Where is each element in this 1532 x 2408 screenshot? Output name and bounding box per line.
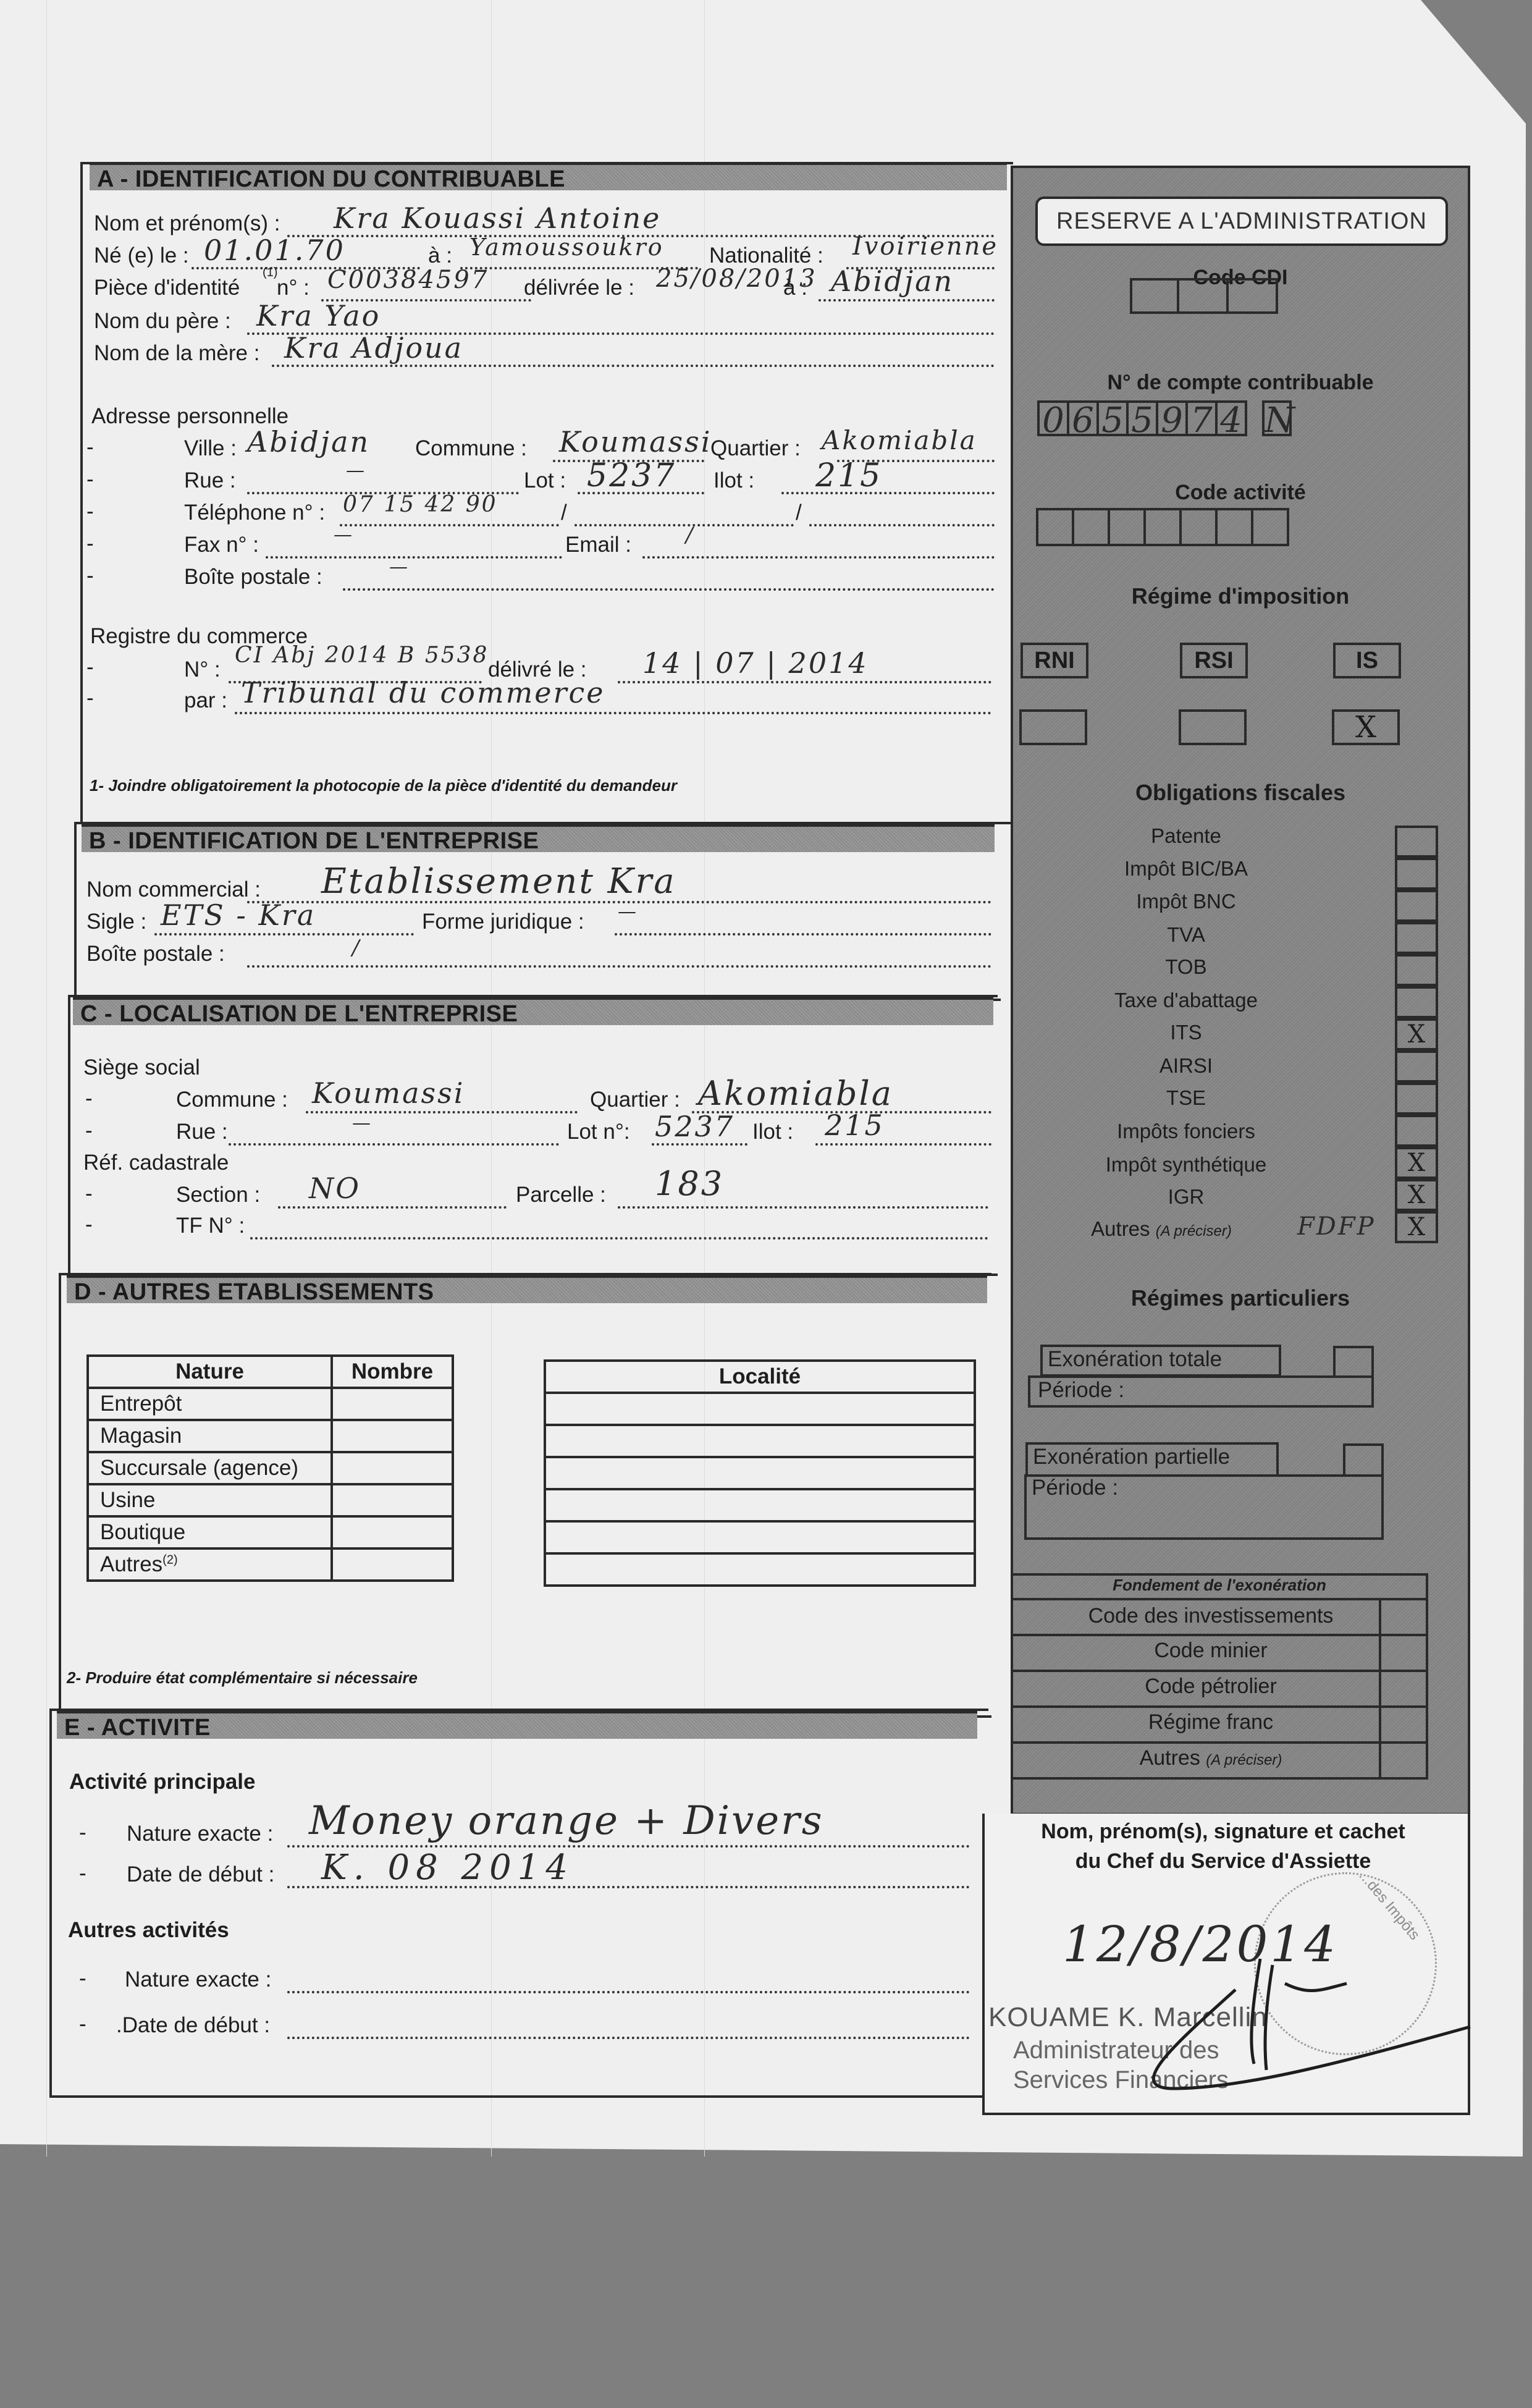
parcelle-dotline bbox=[618, 1204, 988, 1209]
code-activite-cell[interactable] bbox=[1251, 508, 1289, 546]
bullet: - bbox=[85, 1181, 93, 1206]
lot-field[interactable]: 5237 bbox=[587, 457, 676, 494]
nature-exacte-label: Nature exacte : bbox=[127, 1820, 273, 1848]
siege-title: Siège social bbox=[83, 1054, 200, 1081]
bp-entreprise-field[interactable]: / bbox=[352, 936, 361, 960]
mere-label: Nom de la mère : bbox=[94, 340, 259, 367]
date-debut-field[interactable]: K. 08 2014 bbox=[321, 1848, 574, 1888]
code-activite-cell[interactable] bbox=[1179, 508, 1218, 546]
commune-label: Commune : bbox=[415, 435, 527, 462]
obligation-checkbox[interactable] bbox=[1395, 826, 1438, 858]
fondement-autres: Autres (A préciser) bbox=[1013, 1746, 1408, 1770]
obligation-bic: Impôt BIC/BA bbox=[1025, 857, 1347, 881]
rc-par-label: par : bbox=[184, 687, 227, 714]
table-row: Autres(2) bbox=[88, 1548, 453, 1581]
section-e-header: E - ACTIVITE bbox=[57, 1710, 977, 1739]
rc-delivre-field[interactable]: 14 | 07 | 2014 bbox=[642, 646, 869, 680]
obligation-checkbox[interactable] bbox=[1395, 1050, 1438, 1083]
delivree-label: délivrée le : bbox=[524, 274, 634, 302]
localite-header: Localité bbox=[545, 1361, 975, 1393]
nature-cell: Usine bbox=[88, 1484, 332, 1516]
obligation-autres: Autres (A préciser) bbox=[1025, 1217, 1297, 1241]
autres-nature-label: Nature exacte : bbox=[125, 1966, 271, 1993]
exo-partielle-checkbox[interactable] bbox=[1343, 1443, 1384, 1477]
regimes-particuliers-label: Régimes particuliers bbox=[1011, 1285, 1470, 1311]
compte-cell[interactable]: 0 bbox=[1037, 400, 1069, 436]
obligation-tva: TVA bbox=[1025, 923, 1347, 947]
delivree-lieu-label: à : bbox=[783, 274, 807, 302]
exo-totale-checkbox[interactable] bbox=[1333, 1346, 1374, 1378]
nombre-cell[interactable] bbox=[332, 1420, 453, 1452]
obligation-checkbox[interactable] bbox=[1395, 954, 1438, 986]
tel-label: Téléphone n° : bbox=[184, 499, 325, 526]
lot-label: Lot : bbox=[524, 467, 566, 494]
obligations-label: Obligations fiscales bbox=[1011, 780, 1470, 806]
table-row bbox=[545, 1393, 975, 1425]
exo-totale-periode: Période : bbox=[1038, 1378, 1124, 1403]
exo-partielle-periode: Période : bbox=[1032, 1476, 1118, 1500]
admin-title: RESERVE A L'ADMINISTRATION bbox=[1035, 196, 1448, 246]
fax-dotline bbox=[266, 554, 562, 559]
fondement-autres-label: Autres bbox=[1140, 1746, 1200, 1770]
autres-date-dotline[interactable] bbox=[287, 2034, 970, 2039]
pere-field[interactable]: Kra Yao bbox=[256, 299, 381, 332]
fondement-autres-note: (A préciser) bbox=[1206, 1752, 1282, 1768]
tel-dotline-1 bbox=[340, 522, 559, 526]
table-row: Usine bbox=[88, 1484, 453, 1516]
section-label: Section : bbox=[176, 1181, 260, 1209]
nationalite-field[interactable]: Ivoirienne bbox=[852, 232, 998, 261]
parcelle-label: Parcelle : bbox=[516, 1181, 606, 1209]
footnote-2: 2- Produire état complémentaire si néces… bbox=[67, 1668, 418, 1688]
forme-field[interactable]: — bbox=[618, 901, 638, 923]
nombre-cell[interactable] bbox=[332, 1516, 453, 1548]
quartier-field[interactable]: Akomiabla bbox=[822, 425, 977, 455]
tel-separator: / bbox=[796, 499, 802, 526]
nombre-cell[interactable] bbox=[332, 1484, 453, 1516]
tel-dotline-3[interactable] bbox=[809, 522, 995, 526]
obligation-fonciers: Impôts fonciers bbox=[1025, 1120, 1347, 1143]
obligation-tse: TSE bbox=[1025, 1086, 1347, 1110]
obligation-patente: Patente bbox=[1025, 824, 1347, 848]
autres-date-label: .Date de début : bbox=[116, 2012, 270, 2039]
ville-label: Ville : bbox=[184, 435, 237, 462]
footnote-1: 1- Joindre obligatoirement la photocopie… bbox=[90, 776, 677, 795]
bp-entreprise-dotline bbox=[247, 963, 991, 968]
table-row bbox=[545, 1553, 975, 1586]
delivree-lieu-field[interactable]: Abidjan bbox=[831, 264, 954, 298]
code-activite-cell[interactable] bbox=[1215, 508, 1253, 546]
obligation-checkbox[interactable] bbox=[1395, 1083, 1438, 1115]
piece-label: Pièce d'identité bbox=[94, 274, 240, 302]
nature-cell: Magasin bbox=[88, 1420, 332, 1452]
ilot-label: Ilot : bbox=[713, 467, 754, 494]
compte-cell[interactable]: 9 bbox=[1156, 400, 1188, 436]
c-lot-field[interactable]: 5237 bbox=[655, 1110, 734, 1143]
bullet: - bbox=[85, 1118, 93, 1143]
forme-label: Forme juridique : bbox=[422, 908, 584, 936]
bullet: - bbox=[86, 467, 94, 492]
fondement-petrolier: Code pétrolier bbox=[1013, 1675, 1408, 1699]
obligation-checkbox[interactable] bbox=[1395, 922, 1438, 954]
c-rue-dotline bbox=[229, 1141, 559, 1146]
rc-par-dotline bbox=[235, 709, 991, 714]
autres-footnote-ref: (2) bbox=[162, 1553, 177, 1566]
section-a-header: A - IDENTIFICATION DU CONTRIBUABLE bbox=[90, 162, 1007, 190]
bullet: - bbox=[85, 1086, 93, 1111]
piece-footnote-ref: (1) bbox=[263, 266, 277, 280]
obligation-tob: TOB bbox=[1025, 955, 1347, 979]
parcelle-field[interactable]: 183 bbox=[655, 1164, 724, 1203]
nombre-cell[interactable] bbox=[332, 1388, 453, 1420]
obligation-autres-handwritten[interactable]: FDFP bbox=[1297, 1212, 1376, 1241]
table-row bbox=[545, 1425, 975, 1457]
localite-cell[interactable] bbox=[545, 1425, 975, 1457]
code-activite-cell[interactable] bbox=[1143, 508, 1182, 546]
tel-field[interactable]: 07 15 42 90 bbox=[343, 492, 498, 517]
bullet: - bbox=[86, 435, 94, 460]
divider bbox=[1011, 1705, 1428, 1708]
tel-separator: / bbox=[561, 499, 567, 526]
bullet: - bbox=[86, 531, 94, 556]
code-activite-boxes bbox=[1038, 508, 1289, 546]
piece-no-field[interactable]: C00384597 bbox=[327, 266, 489, 294]
rc-no-field[interactable]: CI Abj 2014 B 5538 bbox=[235, 643, 489, 668]
autres-activites-title: Autres activités bbox=[68, 1917, 229, 1944]
autres-nature-dotline[interactable] bbox=[287, 1988, 970, 1993]
regime-label: Régime d'imposition bbox=[1011, 583, 1470, 609]
rue-field[interactable]: — bbox=[346, 460, 366, 481]
fondement-minier: Code minier bbox=[1013, 1639, 1408, 1663]
c-lot-label: Lot n°: bbox=[567, 1118, 630, 1146]
table-row: Succursale (agence) bbox=[88, 1452, 453, 1484]
date-debut-label: Date de début : bbox=[127, 1861, 274, 1888]
rue-label: Rue : bbox=[184, 467, 236, 494]
sigle-field[interactable]: ETS - Kra bbox=[161, 898, 316, 932]
nature-autres: Autres bbox=[100, 1552, 162, 1576]
compte-label: N° de compte contribuable bbox=[1011, 371, 1470, 395]
nature-cell: Boutique bbox=[88, 1516, 332, 1548]
fax-label: Fax n° : bbox=[184, 531, 259, 559]
bp-dotline bbox=[343, 586, 995, 591]
obligation-checkbox[interactable]: X bbox=[1395, 1147, 1438, 1179]
forme-dotline bbox=[615, 931, 991, 936]
etablissements-table: Nature Nombre Entrepôt Magasin Succursal… bbox=[86, 1354, 454, 1582]
code-activite-cell[interactable] bbox=[1072, 508, 1110, 546]
section-field[interactable]: NO bbox=[309, 1172, 361, 1205]
email-field[interactable]: / bbox=[686, 523, 694, 547]
compte-cell[interactable]: 5 bbox=[1096, 400, 1129, 436]
email-dotline bbox=[642, 554, 995, 559]
fax-field[interactable]: — bbox=[334, 524, 354, 546]
compte-key-cell[interactable]: N bbox=[1262, 400, 1292, 436]
c-commune-label: Commune : bbox=[176, 1086, 288, 1113]
ne-label: Né (e) le : bbox=[94, 242, 189, 269]
obligation-its: ITS bbox=[1025, 1021, 1347, 1044]
obligation-igr: IGR bbox=[1025, 1185, 1347, 1209]
obligation-checkbox[interactable]: X bbox=[1395, 1211, 1438, 1243]
table-row: Entrepôt bbox=[88, 1388, 453, 1420]
exo-totale-label: Exonération totale bbox=[1048, 1347, 1222, 1372]
nature-cell: Entrepôt bbox=[88, 1388, 332, 1420]
bullet: - bbox=[86, 499, 94, 524]
obligation-autres-note: (A préciser) bbox=[1156, 1223, 1232, 1240]
code-activite-cell[interactable] bbox=[1108, 508, 1146, 546]
regime-rni-checkbox[interactable] bbox=[1019, 709, 1087, 745]
code-cdi-cell[interactable] bbox=[1226, 278, 1278, 314]
bp-label: Boîte postale : bbox=[184, 564, 322, 591]
c-commune-field[interactable]: Koumassi bbox=[312, 1076, 465, 1110]
code-cdi-boxes bbox=[1132, 278, 1278, 314]
bullet: - bbox=[79, 2012, 86, 2037]
bp-field[interactable]: — bbox=[389, 556, 410, 578]
nature-cell: Succursale (agence) bbox=[88, 1452, 332, 1484]
c-rue-field[interactable]: — bbox=[352, 1112, 372, 1134]
tf-label: TF N° : bbox=[176, 1212, 245, 1240]
pere-label: Nom du père : bbox=[94, 308, 231, 335]
c-ilot-field[interactable]: 215 bbox=[825, 1109, 885, 1142]
regime-rsi-checkbox[interactable] bbox=[1179, 709, 1247, 745]
bullet: - bbox=[79, 1861, 86, 1886]
table-row: Magasin bbox=[88, 1420, 453, 1452]
obligation-checkbox[interactable] bbox=[1395, 986, 1438, 1018]
piece-no-label: n° : bbox=[277, 274, 309, 302]
fondement-investissements: Code des investissements bbox=[1013, 1604, 1408, 1628]
rc-no-label: N° : bbox=[184, 656, 221, 683]
localite-cell[interactable] bbox=[545, 1393, 975, 1425]
ilot-dotline bbox=[781, 489, 995, 494]
regime-is-label: IS bbox=[1333, 643, 1401, 678]
c-ilot-label: Ilot : bbox=[752, 1118, 793, 1146]
divider bbox=[1011, 1741, 1428, 1744]
sigle-label: Sigle : bbox=[86, 908, 146, 936]
divider bbox=[1011, 1598, 1428, 1600]
table-row bbox=[545, 1521, 975, 1553]
tel-dotline-2[interactable] bbox=[574, 522, 794, 526]
compte-cell[interactable]: 5 bbox=[1126, 400, 1158, 436]
bullet: - bbox=[86, 564, 94, 588]
localite-cell[interactable] bbox=[545, 1489, 975, 1521]
code-activite-cell[interactable] bbox=[1036, 508, 1074, 546]
nature-header: Nature bbox=[88, 1356, 332, 1388]
exo-partielle-label: Exonération partielle bbox=[1033, 1445, 1230, 1469]
ne-field[interactable]: 01.01.70 bbox=[204, 234, 345, 267]
commune-field[interactable]: Koumassi bbox=[559, 425, 712, 458]
ville-field[interactable]: Abidjan bbox=[247, 425, 370, 458]
bullet: - bbox=[86, 655, 94, 680]
bullet: - bbox=[85, 1212, 93, 1237]
compte-cell[interactable]: 6 bbox=[1067, 400, 1099, 436]
section-d-header: D - AUTRES ETABLISSEMENTS bbox=[67, 1275, 987, 1303]
nombre-cell[interactable] bbox=[332, 1452, 453, 1484]
signature-title-line2: du Chef du Service d'Assiette bbox=[988, 1846, 1458, 1876]
compte-cell[interactable]: 4 bbox=[1215, 400, 1247, 436]
localite-cell[interactable] bbox=[545, 1553, 975, 1586]
nature-exacte-field[interactable]: Money orange + Divers bbox=[309, 1798, 824, 1844]
signature-scribble-icon bbox=[1050, 1946, 1483, 2119]
code-cdi-cell[interactable] bbox=[1130, 278, 1179, 314]
localite-cell[interactable] bbox=[545, 1457, 975, 1489]
section-c-header: C - LOCALISATION DE L'ENTREPRISE bbox=[73, 997, 993, 1025]
tf-dotline bbox=[250, 1235, 988, 1240]
obligation-checkbox[interactable] bbox=[1395, 858, 1438, 890]
obligation-checkbox[interactable] bbox=[1395, 890, 1438, 922]
table-row bbox=[545, 1457, 975, 1489]
activite-principale-title: Activité principale bbox=[69, 1768, 255, 1796]
regime-is-checkbox[interactable]: X bbox=[1332, 709, 1400, 745]
quartier-label: Quartier : bbox=[710, 435, 801, 462]
bullet: - bbox=[86, 686, 94, 711]
nombre-header: Nombre bbox=[332, 1356, 453, 1388]
signature-title-line1: Nom, prénom(s), signature et cachet bbox=[988, 1817, 1458, 1846]
table-row: Boutique bbox=[88, 1516, 453, 1548]
obligation-airsi: AIRSI bbox=[1025, 1054, 1347, 1078]
lieu-field[interactable]: Yamoussoukro bbox=[469, 234, 664, 261]
obligation-autres-label: Autres bbox=[1091, 1217, 1150, 1240]
fondement-regime-franc: Régime franc bbox=[1013, 1710, 1408, 1734]
code-activite-label: Code activité bbox=[1011, 481, 1470, 505]
localite-cell[interactable] bbox=[545, 1521, 975, 1553]
obligation-checkbox[interactable]: X bbox=[1395, 1179, 1438, 1211]
nombre-cell[interactable] bbox=[332, 1548, 453, 1581]
divider bbox=[1011, 1670, 1428, 1672]
scan-artifact bbox=[46, 0, 47, 2157]
table-row bbox=[545, 1489, 975, 1521]
divider bbox=[1011, 1634, 1428, 1636]
obligation-checkbox[interactable] bbox=[1395, 1115, 1438, 1147]
section-b-header: B - IDENTIFICATION DE L'ENTREPRISE bbox=[82, 824, 995, 852]
nom-field[interactable]: Kra Kouassi Antoine bbox=[334, 201, 661, 235]
compte-key-box: N bbox=[1265, 400, 1292, 436]
ilot-field[interactable]: 215 bbox=[815, 457, 882, 494]
fondement-label: Fondement de l'exonération bbox=[1011, 1576, 1428, 1595]
obligation-checkbox[interactable]: X bbox=[1395, 1018, 1438, 1050]
code-cdi-cell[interactable] bbox=[1177, 278, 1229, 314]
cadastre-title: Réf. cadastrale bbox=[83, 1149, 229, 1177]
compte-boxes: 0 6 5 5 9 7 4 bbox=[1040, 400, 1247, 436]
compte-cell[interactable]: 7 bbox=[1185, 400, 1218, 436]
localite-table: Localité bbox=[544, 1359, 976, 1587]
obligation-abattage: Taxe d'abattage bbox=[1025, 989, 1347, 1012]
regime-rni-label: RNI bbox=[1021, 643, 1088, 678]
signature-title: Nom, prénom(s), signature et cachet du C… bbox=[988, 1817, 1458, 1876]
bp-entreprise-label: Boîte postale : bbox=[86, 940, 225, 968]
bullet: - bbox=[79, 1820, 86, 1845]
bullet: - bbox=[79, 1966, 86, 1991]
obligation-bnc: Impôt BNC bbox=[1025, 890, 1347, 913]
section-e-frame bbox=[49, 1709, 988, 2098]
regime-rsi-label: RSI bbox=[1180, 643, 1248, 678]
rc-par-field[interactable]: Tribunal du commerce bbox=[241, 676, 605, 709]
nom-commercial-field[interactable]: Etablissement Kra bbox=[321, 861, 676, 902]
c-quartier-field[interactable]: Akomiabla bbox=[698, 1074, 893, 1113]
email-label: Email : bbox=[565, 531, 631, 559]
c-rue-label: Rue : bbox=[176, 1118, 228, 1146]
mere-field[interactable]: Kra Adjoua bbox=[284, 331, 463, 365]
nature-cell: Autres(2) bbox=[88, 1548, 332, 1581]
obligation-synthetique: Impôt synthétique bbox=[1025, 1153, 1347, 1177]
